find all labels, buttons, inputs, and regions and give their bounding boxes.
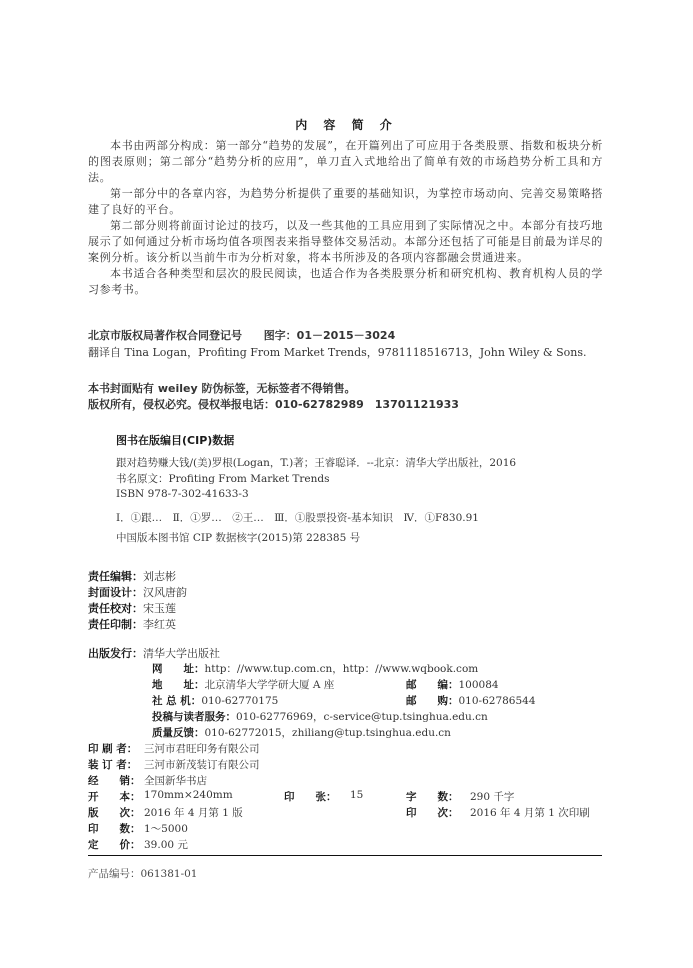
credit-proofreader: 责任校对：宋玉莲 bbox=[88, 600, 176, 616]
website-label: 网 址： bbox=[152, 663, 205, 675]
publisher-mail-order: 邮 购：010-62786544 bbox=[406, 693, 536, 708]
publisher-label: 出版发行： bbox=[88, 645, 143, 661]
print-run-label: 印 数： bbox=[88, 821, 141, 836]
publisher-address: 地 址：北京清华大学学研大厦 A 座 bbox=[152, 677, 334, 692]
distributor-label: 经 销： bbox=[88, 773, 141, 788]
edition-label: 版 次： bbox=[88, 805, 141, 820]
words-value: 290 千字 bbox=[470, 789, 514, 804]
credit-label: 责任校对： bbox=[88, 600, 143, 616]
publisher-switchboard: 社 总 机：010-62770175 bbox=[152, 693, 278, 708]
binder-row: 装 订 者： 三河市新茂装订有限公司 bbox=[88, 757, 608, 773]
print-run-row: 印 数： 1～5000 bbox=[88, 821, 608, 837]
publisher-website: 网 址：http：//www.tup.com.cn，http：//www.wqb… bbox=[152, 661, 478, 676]
edition-value: 2016 年 4 月第 1 版 bbox=[144, 805, 243, 820]
publisher-service: 投稿与读者服务：010-62776969，c-service@tup.tsing… bbox=[152, 709, 488, 724]
printer-value: 三河市君旺印务有限公司 bbox=[144, 741, 260, 756]
registration-label: 北京市版权局著作权合同登记号 bbox=[88, 329, 242, 342]
anti-counterfeit-notice: 本书封面贴有 weiley 防伪标签，无标签者不得销售。 bbox=[88, 380, 355, 396]
switchboard-label: 社 总 机： bbox=[152, 695, 201, 707]
service-label: 投稿与读者服务： bbox=[152, 711, 236, 723]
page-title: 内 容 简 介 bbox=[0, 116, 693, 133]
horizontal-rule bbox=[88, 855, 602, 856]
credit-value: 宋玉莲 bbox=[143, 602, 176, 615]
credit-label: 责任编辑： bbox=[88, 568, 143, 584]
edition-row: 版 次： 2016 年 4 月第 1 版 印 次： 2016 年 4 月第 1 … bbox=[88, 805, 608, 821]
rights-notice: 版权所有，侵权必究。侵权举报电话：010-62782989 1370112193… bbox=[88, 396, 459, 412]
credit-print-manager: 责任印制：李红英 bbox=[88, 616, 176, 632]
distributor-row: 经 销： 全国新华书店 bbox=[88, 773, 608, 789]
copyright-registration: 北京市版权局著作权合同登记号 图字：01－2015－3024 bbox=[88, 327, 395, 343]
postcode-label: 邮 编： bbox=[406, 679, 459, 691]
impression-label: 印 次： bbox=[406, 805, 459, 820]
impression-value: 2016 年 4 月第 1 次印刷 bbox=[470, 805, 590, 820]
distributor-value: 全国新华书店 bbox=[144, 773, 207, 788]
price-row: 定 价： 39.00 元 bbox=[88, 837, 608, 853]
credit-cover-design: 封面设计：汉风唐韵 bbox=[88, 584, 187, 600]
intro-paragraph: 本书适合各种类型和层次的股民阅读，也适合作为各类股票分析和研究机构、教育机构人员… bbox=[88, 266, 603, 298]
credit-value: 汉风唐韵 bbox=[143, 586, 187, 599]
address-label: 地 址： bbox=[152, 679, 205, 691]
format-value: 170mm×240mm bbox=[144, 789, 233, 801]
sheets-value: 15 bbox=[350, 789, 363, 801]
website-value: http：//www.tup.com.cn，http：//www.wqbook.… bbox=[205, 663, 479, 675]
cip-line: Ⅰ．①跟… Ⅱ．①罗… ②王… Ⅲ．①股票投资-基本知识 Ⅳ．①F830.91 bbox=[116, 511, 479, 526]
price-label: 定 价： bbox=[88, 837, 141, 852]
binder-label: 装 订 者： bbox=[88, 757, 137, 772]
service-value: 010-62776969，c-service@tup.tsinghua.edu.… bbox=[236, 711, 488, 723]
postcode-value: 100084 bbox=[459, 679, 499, 691]
cip-line: 中国版本图书馆 CIP 数据核字(2015)第 228385 号 bbox=[116, 531, 360, 546]
intro-paragraph: 第二部分则将前面讨论过的技巧，以及一些其他的工具应用到了实际情况之中。本部分有技… bbox=[88, 218, 603, 266]
credit-value: 李红英 bbox=[143, 618, 176, 631]
mail-order-value: 010-62786544 bbox=[459, 695, 536, 707]
sheets-label: 印 张： bbox=[284, 789, 337, 804]
copyright-page: 内 容 简 介 本书由两部分构成：第一部分“趋势的发展”，在开篇列出了可应用于各… bbox=[0, 0, 693, 968]
print-run-value: 1～5000 bbox=[144, 821, 188, 836]
translated-from: 翻译自 Tina Logan，Profiting From Market Tre… bbox=[88, 344, 587, 360]
publisher-feedback: 质量反馈：010-62772015，zhiliang@tup.tsinghua.… bbox=[152, 725, 451, 740]
cip-heading: 图书在版编目(CIP)数据 bbox=[116, 432, 234, 448]
feedback-value: 010-62772015，zhiliang@tup.tsinghua.edu.c… bbox=[205, 727, 451, 739]
intro-paragraph: 第一部分中的各章内容，为趋势分析提供了重要的基础知识，为掌控市场动向、完善交易策… bbox=[88, 186, 603, 218]
credit-label: 责任印制： bbox=[88, 616, 143, 632]
book-introduction: 本书由两部分构成：第一部分“趋势的发展”，在开篇列出了可应用于各类股票、指数和板… bbox=[88, 138, 603, 298]
publisher-name: 清华大学出版社 bbox=[143, 647, 220, 660]
printer-row: 印 刷 者： 三河市君旺印务有限公司 bbox=[88, 741, 608, 757]
printer-label: 印 刷 者： bbox=[88, 741, 137, 756]
format-label: 开 本： bbox=[88, 789, 141, 804]
words-label: 字 数： bbox=[406, 789, 459, 804]
switchboard-value: 010-62770175 bbox=[201, 695, 278, 707]
intro-paragraph: 本书由两部分构成：第一部分“趋势的发展”，在开篇列出了可应用于各类股票、指数和板… bbox=[88, 138, 603, 186]
cip-line: 跟对趋势赚大钱/(美)罗根(Logan，T.)著；王睿聪译．--北京：清华大学出… bbox=[116, 456, 516, 471]
format-row: 开 本： 170mm×240mm 印 张： 15 字 数： 290 千字 bbox=[88, 789, 608, 805]
cip-line: 书名原文：Profiting From Market Trends bbox=[116, 472, 330, 487]
registration-number: 图字：01－2015－3024 bbox=[264, 329, 396, 342]
publisher-row: 出版发行：清华大学出版社 bbox=[88, 645, 220, 661]
credit-value: 刘志彬 bbox=[143, 570, 176, 583]
price-value: 39.00 元 bbox=[144, 837, 188, 852]
credit-label: 封面设计： bbox=[88, 584, 143, 600]
mail-order-label: 邮 购： bbox=[406, 695, 459, 707]
publisher-postcode: 邮 编：100084 bbox=[406, 677, 499, 692]
cip-line: ISBN 978-7-302-41633-3 bbox=[116, 487, 249, 502]
feedback-label: 质量反馈： bbox=[152, 727, 205, 739]
binder-value: 三河市新茂装订有限公司 bbox=[144, 757, 260, 772]
product-code: 产品编号：061381-01 bbox=[88, 866, 198, 881]
credit-editor: 责任编辑：刘志彬 bbox=[88, 568, 176, 584]
address-value: 北京清华大学学研大厦 A 座 bbox=[205, 679, 335, 691]
